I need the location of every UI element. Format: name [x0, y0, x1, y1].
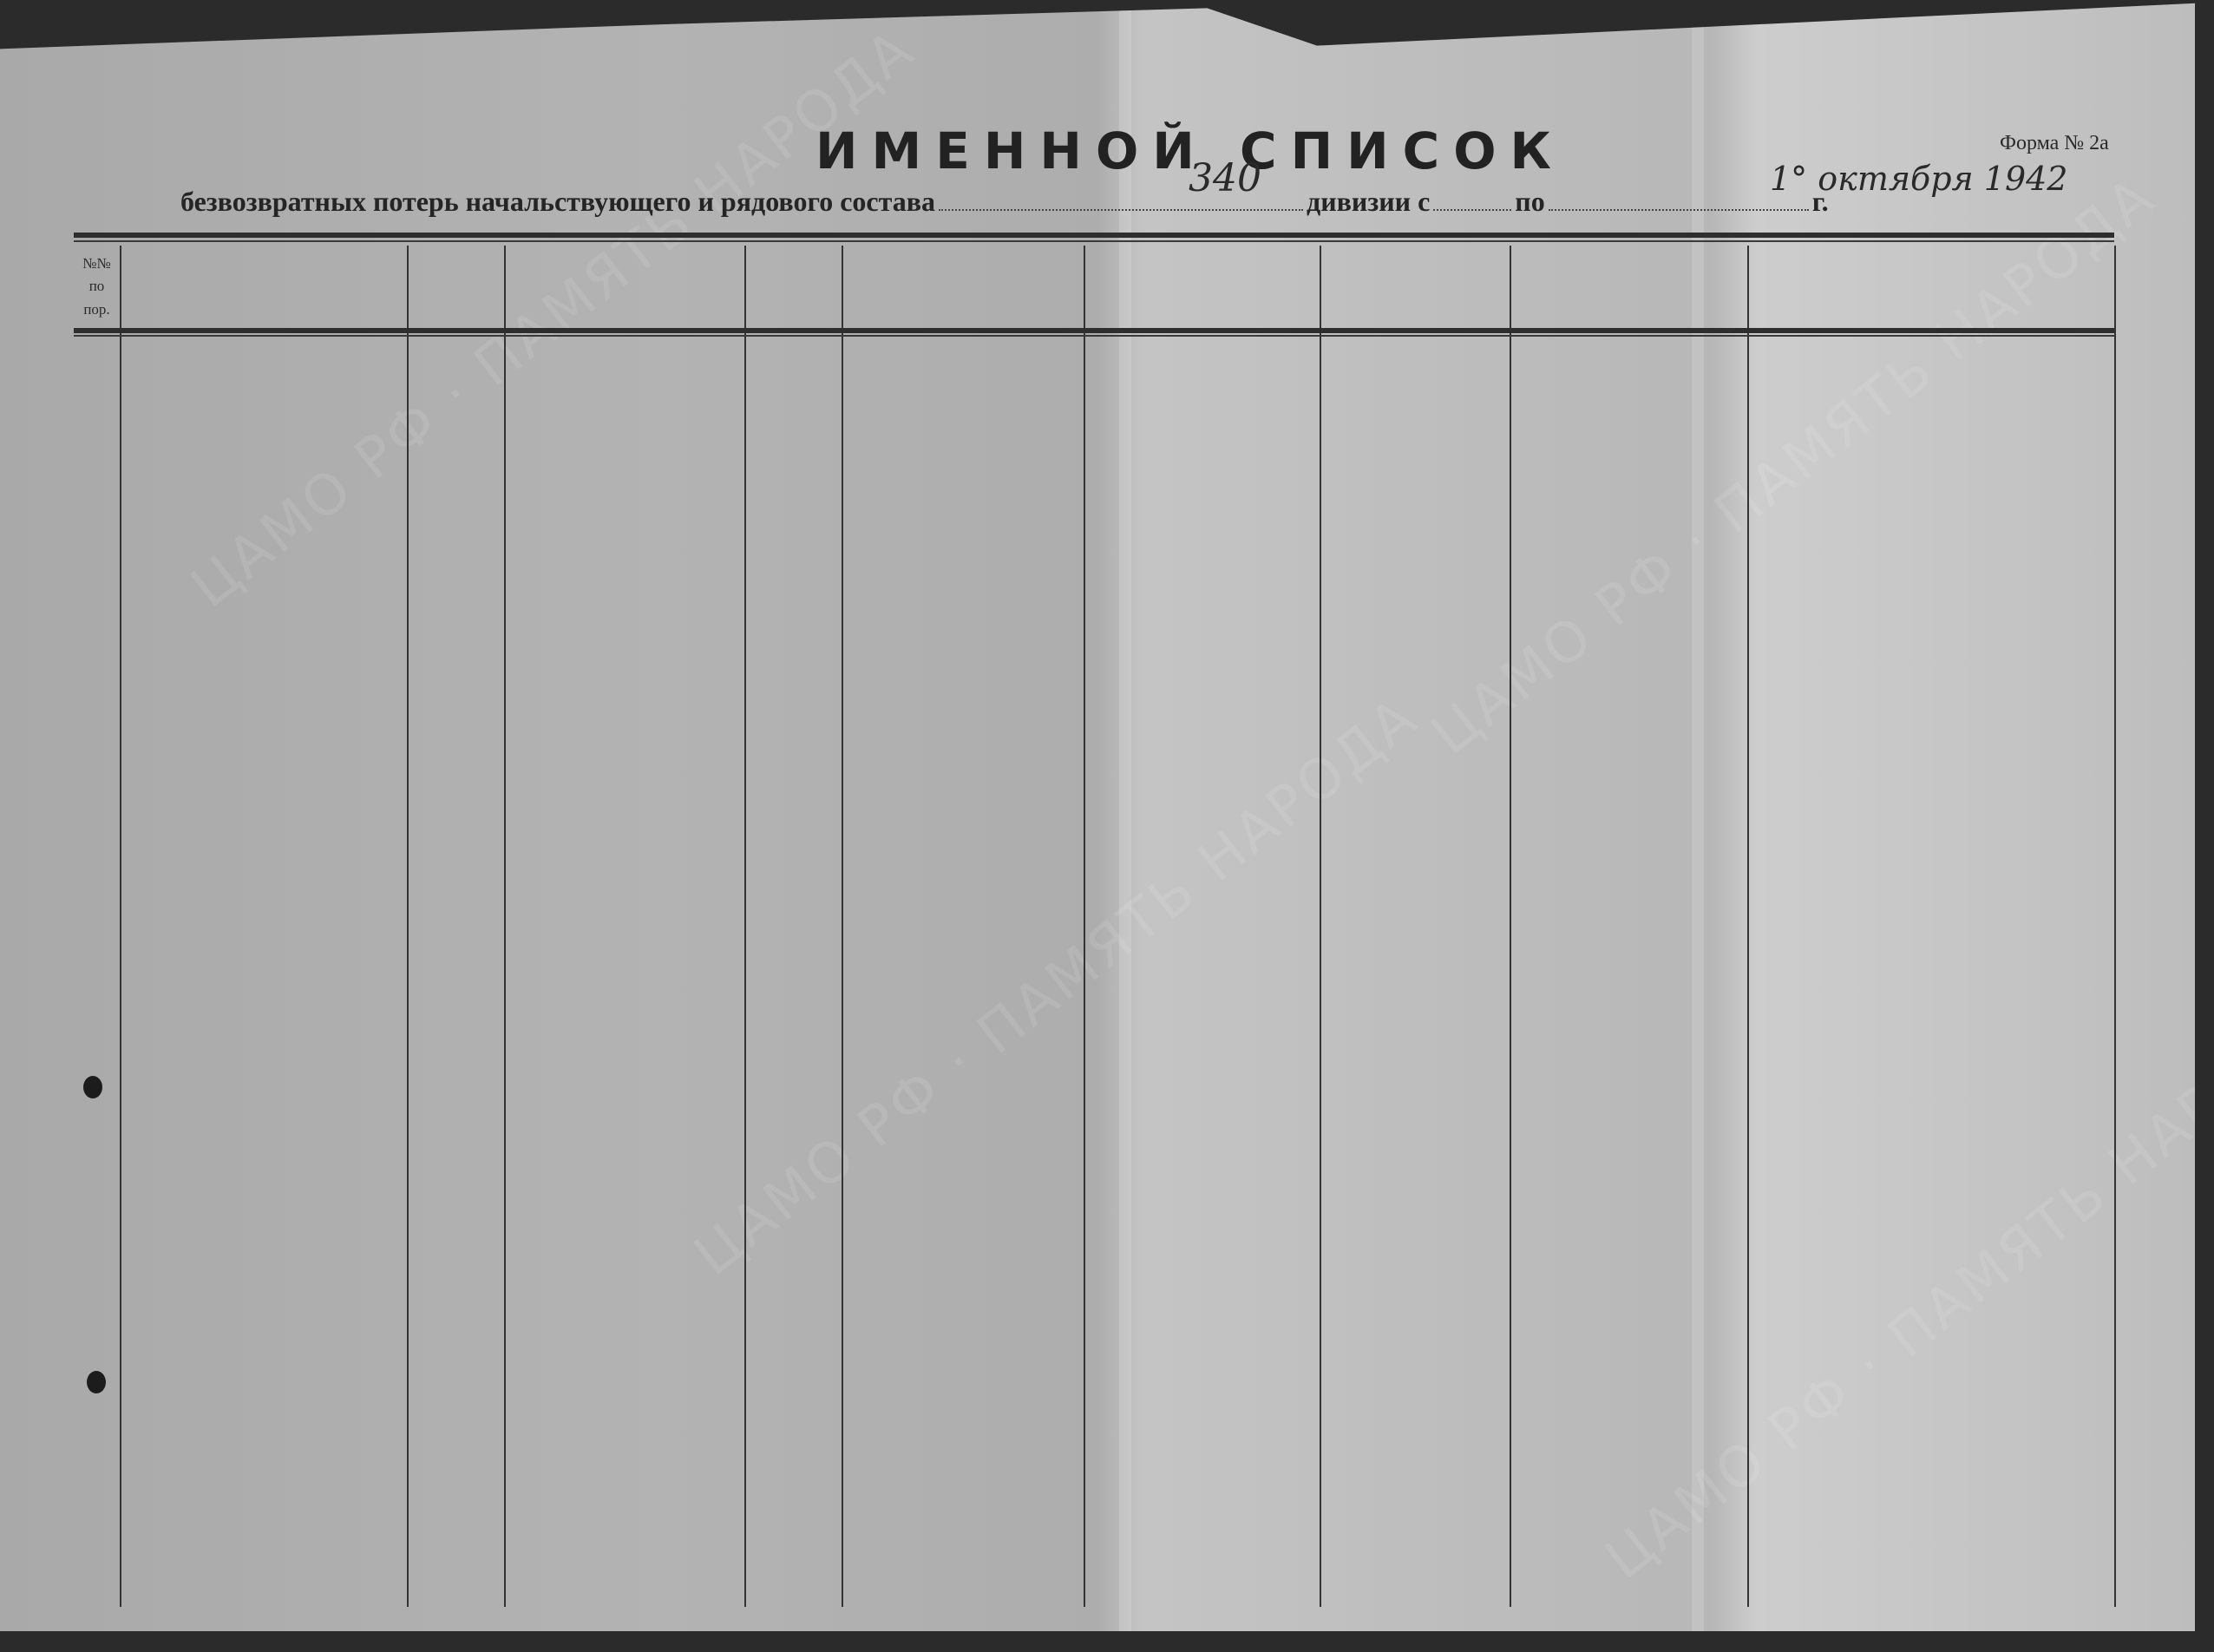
column-divider: [842, 246, 843, 1607]
from-date-field: [1433, 209, 1511, 211]
column-divider: [1320, 246, 1321, 1607]
to-date-field: [1549, 209, 1809, 211]
punch-hole: [83, 1076, 102, 1098]
subtitle-division-label: дивизии с: [1307, 186, 1430, 218]
column-divider: [120, 246, 121, 1607]
watermark: ЦАМО РФ · ПАМЯТЬ НАРОДА: [1420, 164, 2168, 768]
header-rule: [74, 240, 2114, 242]
paper-fold: [1119, 0, 1131, 1631]
column-divider: [2114, 246, 2116, 1607]
column-divider: [504, 246, 506, 1607]
watermark: ЦАМО РФ · ПАМЯТЬ НАРОДА: [683, 685, 1431, 1288]
header-rule: [74, 233, 2114, 238]
subtitle-to-label: по: [1515, 186, 1544, 218]
column-divider: [407, 246, 409, 1607]
column-divider: [1510, 246, 1511, 1607]
header-bottom-rule: [74, 328, 2114, 333]
column-header-line: по: [82, 275, 110, 298]
column-divider: [744, 246, 746, 1607]
header-bottom-rule: [74, 335, 2114, 337]
division-field: [939, 209, 1303, 211]
column-header-line: №№: [82, 252, 110, 275]
document-page: ЦАМО РФ · ПАМЯТЬ НАРОДА ЦАМО РФ · ПАМЯТЬ…: [0, 0, 2195, 1631]
column-header-name: [120, 246, 407, 328]
column-header-line: пор.: [82, 298, 110, 321]
watermark: ЦАМО РФ · ПАМЯТЬ НАРОДА: [1594, 988, 2214, 1592]
punch-hole: [87, 1371, 106, 1393]
paper-fold: [1692, 0, 1704, 1631]
document-subtitle: безвозвратных потерь начальствующего и р…: [180, 186, 1829, 218]
column-header-num: №№попор.: [74, 246, 120, 328]
column-divider: [1084, 246, 1085, 1607]
form-number: Форма № 2а: [2000, 132, 2109, 155]
year-suffix: г.: [1812, 186, 1829, 218]
column-divider: [1747, 246, 1749, 1607]
subtitle-text: безвозвратных потерь начальствующего и р…: [180, 186, 935, 218]
